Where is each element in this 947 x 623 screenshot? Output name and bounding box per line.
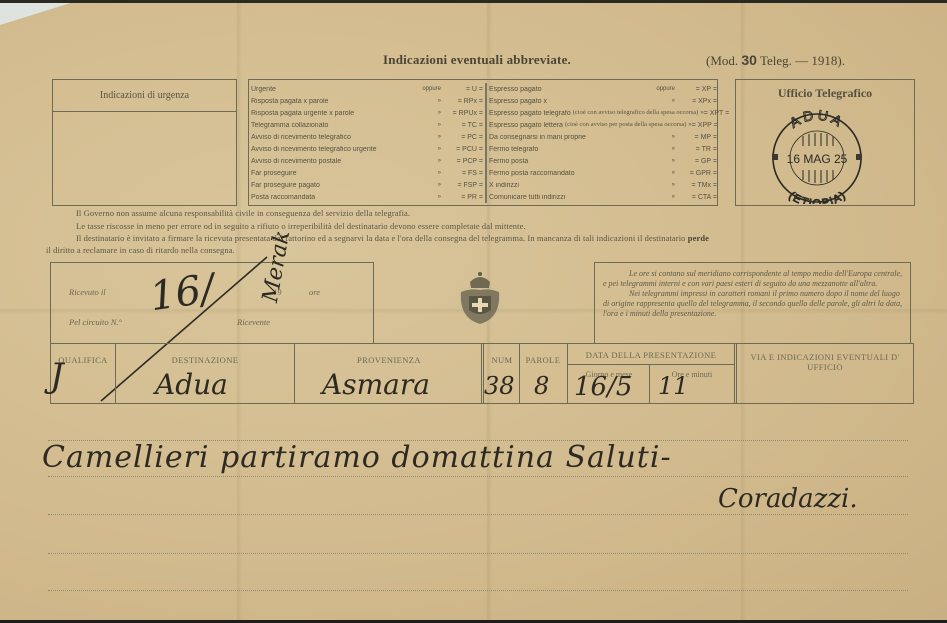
abbr-row: Risposta pagata urgente x parole»= RPUx … <box>251 107 483 119</box>
abbr-oppure: » <box>409 170 441 176</box>
time-info-box: Le ore si contano sul meridiano corrispo… <box>594 262 911 344</box>
model-number: 30 <box>741 52 757 68</box>
info-paragraph-1: Le ore si contano sul meridiano corrispo… <box>603 269 903 289</box>
abbr-oppure: oppure <box>409 86 441 92</box>
abbr-row: Avviso di ricevimento telegrafico urgent… <box>251 143 483 155</box>
abbr-label: Fermo posta raccomandato <box>489 170 643 177</box>
abbreviations-left-column: Urgenteoppure= U = Risposta pagata x par… <box>251 83 483 203</box>
abbr-label: X indirizzi <box>489 182 643 189</box>
abbr-oppure: » <box>643 134 675 140</box>
form-model-number: (Mod. 30 Teleg. — 1918). <box>706 52 845 69</box>
abbr-label: Comunicare tutti indirizzi <box>489 194 643 201</box>
abbr-row: Posta raccomandata»= PR = <box>251 191 483 203</box>
abbr-oppure: » <box>643 170 675 176</box>
abbr-row: Urgenteoppure= U = <box>251 83 483 95</box>
ore-minuti-value: 11 <box>658 372 689 400</box>
abbreviations-right-column: Espresso pagatooppure= XP = Espresso pag… <box>485 83 717 203</box>
scan-edge-top <box>0 0 947 3</box>
abbreviations-box: Urgenteoppure= U = Risposta pagata x par… <box>248 79 718 206</box>
abbr-label: Far proseguire pagato <box>251 182 409 189</box>
message-body: Camellieri partiramo domattina Saluti- <box>42 440 672 475</box>
abbr-note: (cioè con avviso per posta della spesa o… <box>563 122 688 128</box>
urgency-divider <box>53 111 236 112</box>
sender-signature: Coradazzi. <box>718 484 858 514</box>
abbr-code: = CTA = <box>675 194 717 201</box>
abbr-oppure: » <box>643 194 675 200</box>
abbr-note: (cioè con avviso telegrafico della spesa… <box>571 110 701 116</box>
abbr-row: Espresso pagato telegrafo(cioè con avvis… <box>489 107 717 119</box>
message-line <box>48 590 908 591</box>
abbr-label: Risposta pagata urgente x parole <box>251 110 409 117</box>
col-divider <box>649 364 650 403</box>
abbr-row: Fermo telegrafo»= TR = <box>489 143 717 155</box>
col-divider <box>567 344 568 403</box>
message-line <box>48 514 908 515</box>
notice-perde: perde <box>688 233 709 243</box>
abbr-row: Telegramma collazionato»= TC = <box>251 119 483 131</box>
col-divider <box>734 344 737 403</box>
abbr-oppure: » <box>409 158 441 164</box>
abbr-row: Espresso pagatooppure= XP = <box>489 83 717 95</box>
notice-liability: Il Governo non assume alcuna responsabil… <box>76 208 410 218</box>
abbr-label: Espresso pagato lettera <box>489 122 563 129</box>
abbr-code: = FSP = <box>441 182 483 189</box>
abbr-row: Avviso di ricevimento postale»= PCP = <box>251 155 483 167</box>
info-paragraph-2: Nei telegrammi impressi in caratteri rom… <box>603 289 903 319</box>
abbr-label: Da consegnarsi in mani proprie <box>489 134 643 141</box>
abbr-label: Risposta pagata x parole <box>251 98 409 105</box>
sub-header-divider <box>568 364 734 365</box>
abbr-row: Risposta pagata x parole»= RPx = <box>251 95 483 107</box>
abbr-oppure: » <box>643 146 675 152</box>
header-provenienza: PROVENIENZA <box>297 355 481 365</box>
model-prefix: (Mod. <box>706 53 738 68</box>
abbr-label: Espresso pagato <box>489 86 643 93</box>
message-line <box>48 476 908 477</box>
svg-text:(ETIOPIA): (ETIOPIA) <box>786 190 847 204</box>
abbr-oppure: » <box>409 194 441 200</box>
abbr-row: Avviso di ricevimento telegrafico»= PC = <box>251 131 483 143</box>
abbr-code: = TR = <box>675 146 717 153</box>
qualifica-value: J <box>50 356 64 396</box>
abbr-row: Espresso pagato x»= XPx = <box>489 95 717 107</box>
abbr-code: = MP = <box>675 134 717 141</box>
abbr-code: = FS = <box>441 170 483 177</box>
notice-claim: il diritto a reclamare in caso di ritard… <box>46 245 235 255</box>
telegram-form: Indicazioni eventuali abbreviate. (Mod. … <box>0 0 947 620</box>
abbr-oppure: » <box>409 98 441 104</box>
abbr-code: = PC = <box>441 134 483 141</box>
abbr-oppure: » <box>409 182 441 188</box>
col-divider <box>519 344 520 403</box>
abbr-label: Urgente <box>251 86 409 93</box>
abbr-code: = XPT = <box>704 110 730 117</box>
message-line <box>48 553 908 554</box>
giorno-mese-value: 16/5 <box>574 372 632 402</box>
abbr-label: Espresso pagato telegrafo <box>489 110 571 117</box>
abbr-row: Da consegnarsi in mani proprie»= MP = <box>489 131 717 143</box>
abbr-row: Fermo posta»= GP = <box>489 155 717 167</box>
abbreviations-title: Indicazioni eventuali abbreviate. <box>383 52 571 68</box>
abbr-oppure: » <box>409 146 441 152</box>
torn-corner <box>0 0 80 25</box>
header-data-presentazione: DATA DELLA PRESENTAZIONE <box>569 350 733 360</box>
abbr-label: Far proseguire <box>251 170 409 177</box>
office-title: Ufficio Telegrafico <box>736 86 914 101</box>
abbr-code: = GPR = <box>675 170 717 177</box>
abbr-code: = PCU = <box>441 146 483 153</box>
abbr-label: Fermo telegrafo <box>489 146 643 153</box>
abbr-oppure: » <box>409 134 441 140</box>
notice-recipient-text: Il destinatario è invitato a firmare la … <box>76 233 686 243</box>
parole-value: 8 <box>534 372 549 400</box>
svg-text:ADUA: ADUA <box>787 107 848 131</box>
stamp-date: 16 MAG 25 <box>787 152 848 166</box>
abbr-oppure: oppure <box>643 86 675 92</box>
abbr-code: = GP = <box>675 158 717 165</box>
header-num: NUM <box>485 355 519 365</box>
abbr-label: Posta raccomandata <box>251 194 409 201</box>
abbr-row: Comunicare tutti indirizzi»= CTA = <box>489 191 717 203</box>
header-via-indicazioni: VIA E INDICAZIONI EVENTUALI D' UFFICIO <box>741 352 909 372</box>
header-parole: PAROLE <box>521 355 565 365</box>
ore-label: ore <box>309 287 320 297</box>
abbr-row: Far proseguire»= FS = <box>251 167 483 179</box>
abbr-label: Avviso di ricevimento telegrafico urgent… <box>251 146 409 153</box>
abbr-code: = XP = <box>675 86 717 93</box>
urgency-label: Indicazioni di urgenza <box>53 90 236 101</box>
abbr-code: = U = <box>441 86 483 93</box>
abbr-oppure: » <box>409 110 441 116</box>
adua-postmark-stamp-icon: ADUA 16 MAG 25 (ETIOPIA) <box>767 104 867 204</box>
abbr-label: Espresso pagato x <box>489 98 643 105</box>
abbr-oppure: » <box>643 182 675 188</box>
abbr-code: = XPP = <box>692 122 718 129</box>
abbr-code: = RPx = <box>441 98 483 105</box>
urgency-box: Indicazioni di urgenza <box>52 79 237 206</box>
header-destinazione: DESTINAZIONE <box>117 355 293 365</box>
abbr-row: Far proseguire pagato»= FSP = <box>251 179 483 191</box>
abbr-code: = TMx = <box>675 182 717 189</box>
abbr-row: X indirizzi»= TMx = <box>489 179 717 191</box>
abbr-oppure: » <box>643 98 675 104</box>
abbr-label: Avviso di ricevimento postale <box>251 158 409 165</box>
abbr-code: = TC = <box>441 122 483 129</box>
royal-crest-icon <box>455 268 505 328</box>
time-info-text: Le ore si contano sul meridiano corrispo… <box>603 269 903 319</box>
notice-fees: Le tasse riscosse in meno per errore od … <box>76 221 526 231</box>
destinazione-value: Adua <box>155 368 228 401</box>
provenienza-value: Asmara <box>322 368 430 401</box>
abbr-oppure: » <box>643 158 675 164</box>
col-divider <box>294 344 295 403</box>
abbr-oppure: » <box>409 122 441 128</box>
abbr-code: = RPUx = <box>441 110 483 117</box>
abbr-label: Avviso di ricevimento telegrafico <box>251 134 409 141</box>
abbr-code: = PR = <box>441 194 483 201</box>
model-suffix: Teleg. — 1918). <box>760 53 845 68</box>
abbr-label: Telegramma collazionato <box>251 122 409 129</box>
col-divider <box>115 344 116 403</box>
abbr-code: = PCP = <box>441 158 483 165</box>
notice-recipient: Il destinatario è invitato a firmare la … <box>76 233 709 243</box>
abbr-label: Fermo posta <box>489 158 643 165</box>
abbr-row: Fermo posta raccomandato»= GPR = <box>489 167 717 179</box>
abbr-row: Espresso pagato lettera(cioè con avviso … <box>489 119 717 131</box>
num-value: 38 <box>484 372 515 400</box>
abbr-code: = XPx = <box>675 98 717 105</box>
